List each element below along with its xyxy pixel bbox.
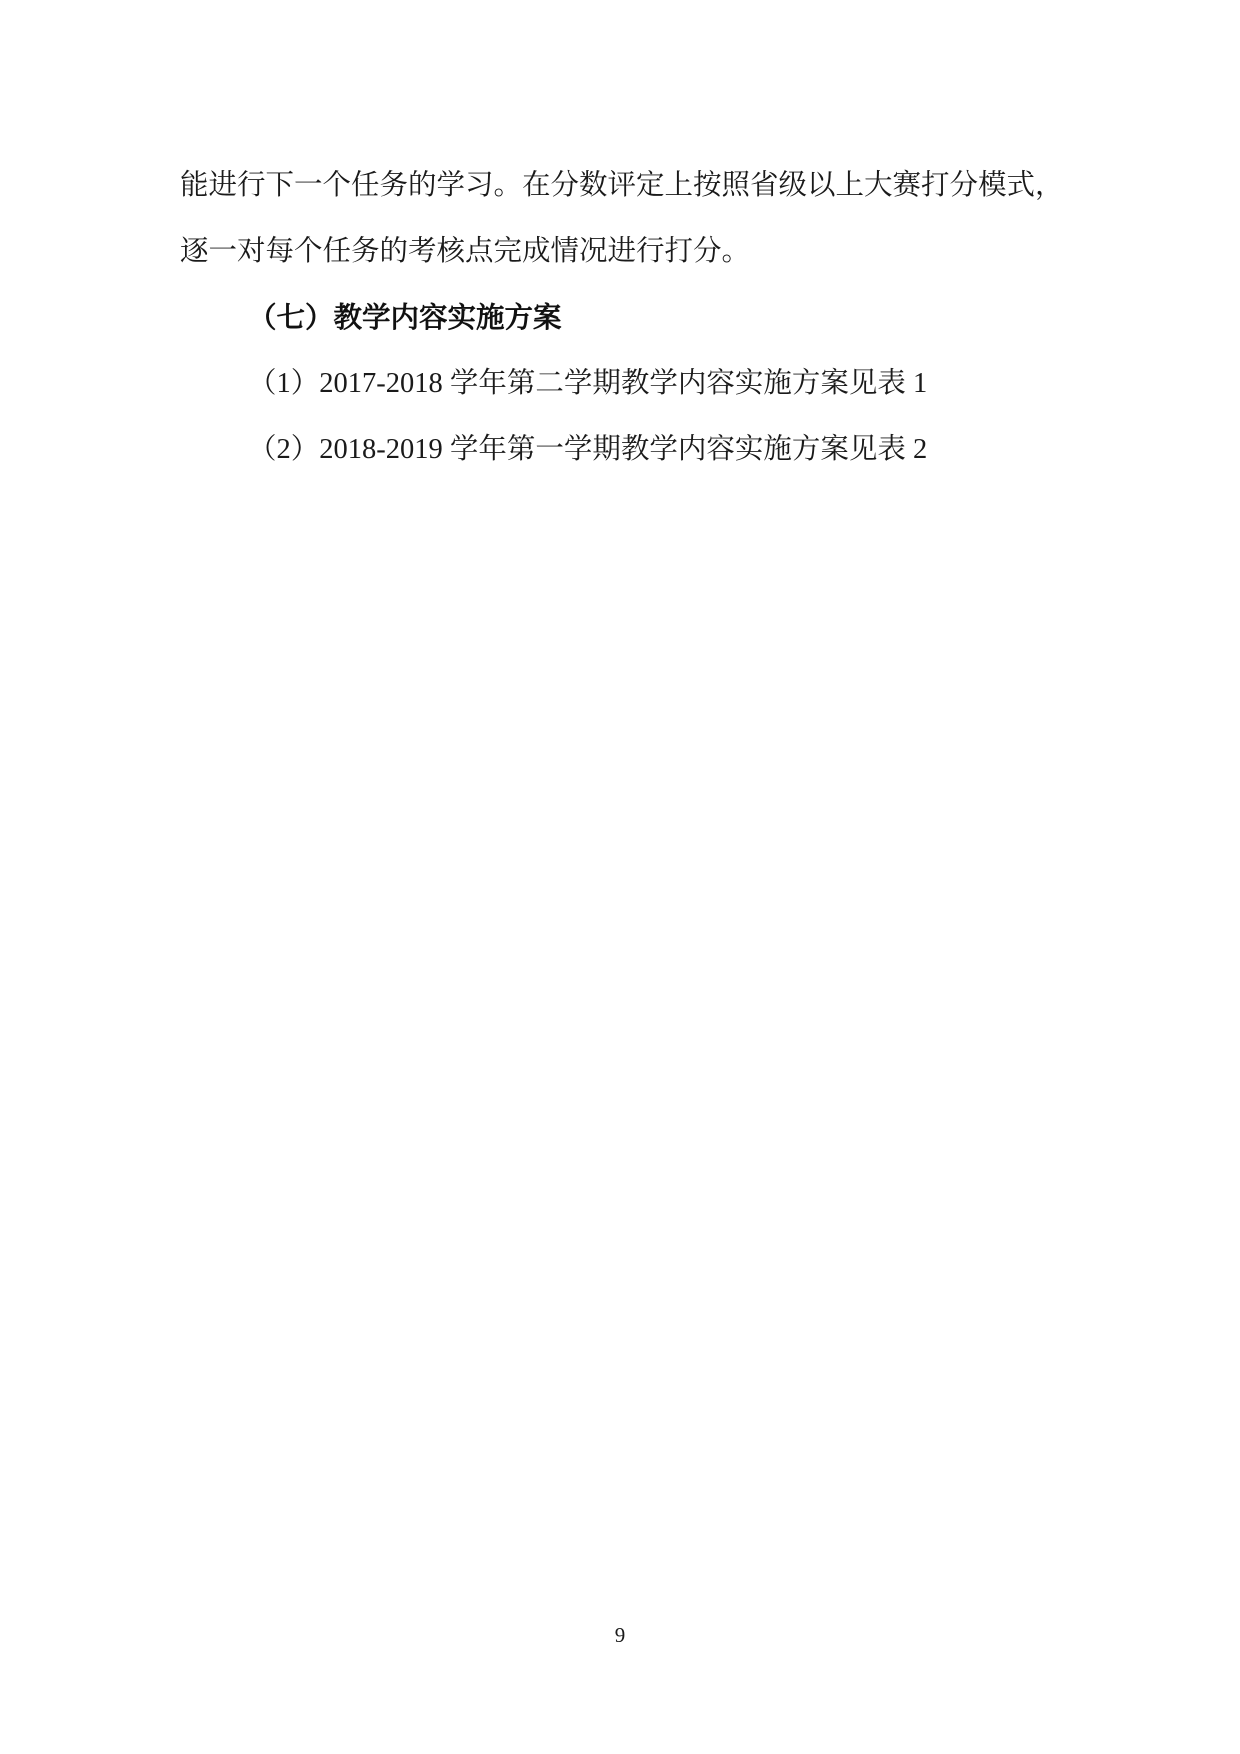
page-number: 9 [0,1620,1240,1650]
document-body: 能进行下一个任务的学习。在分数评定上按照省级以上大赛打分模式， 逐一对每个任务的… [180,153,1070,483]
document-page: 能进行下一个任务的学习。在分数评定上按照省级以上大赛打分模式， 逐一对每个任务的… [0,0,1240,1754]
section-heading: （七）教学内容实施方案 [180,285,1070,351]
list-item-1: （1）2017-2018 学年第二学期教学内容实施方案见表 1 [180,351,1070,417]
list-item-2: （2）2018-2019 学年第一学期教学内容实施方案见表 2 [180,417,1070,483]
paragraph-line-1: 能进行下一个任务的学习。在分数评定上按照省级以上大赛打分模式， [180,153,1070,219]
paragraph-line-2: 逐一对每个任务的考核点完成情况进行打分。 [180,219,1070,285]
